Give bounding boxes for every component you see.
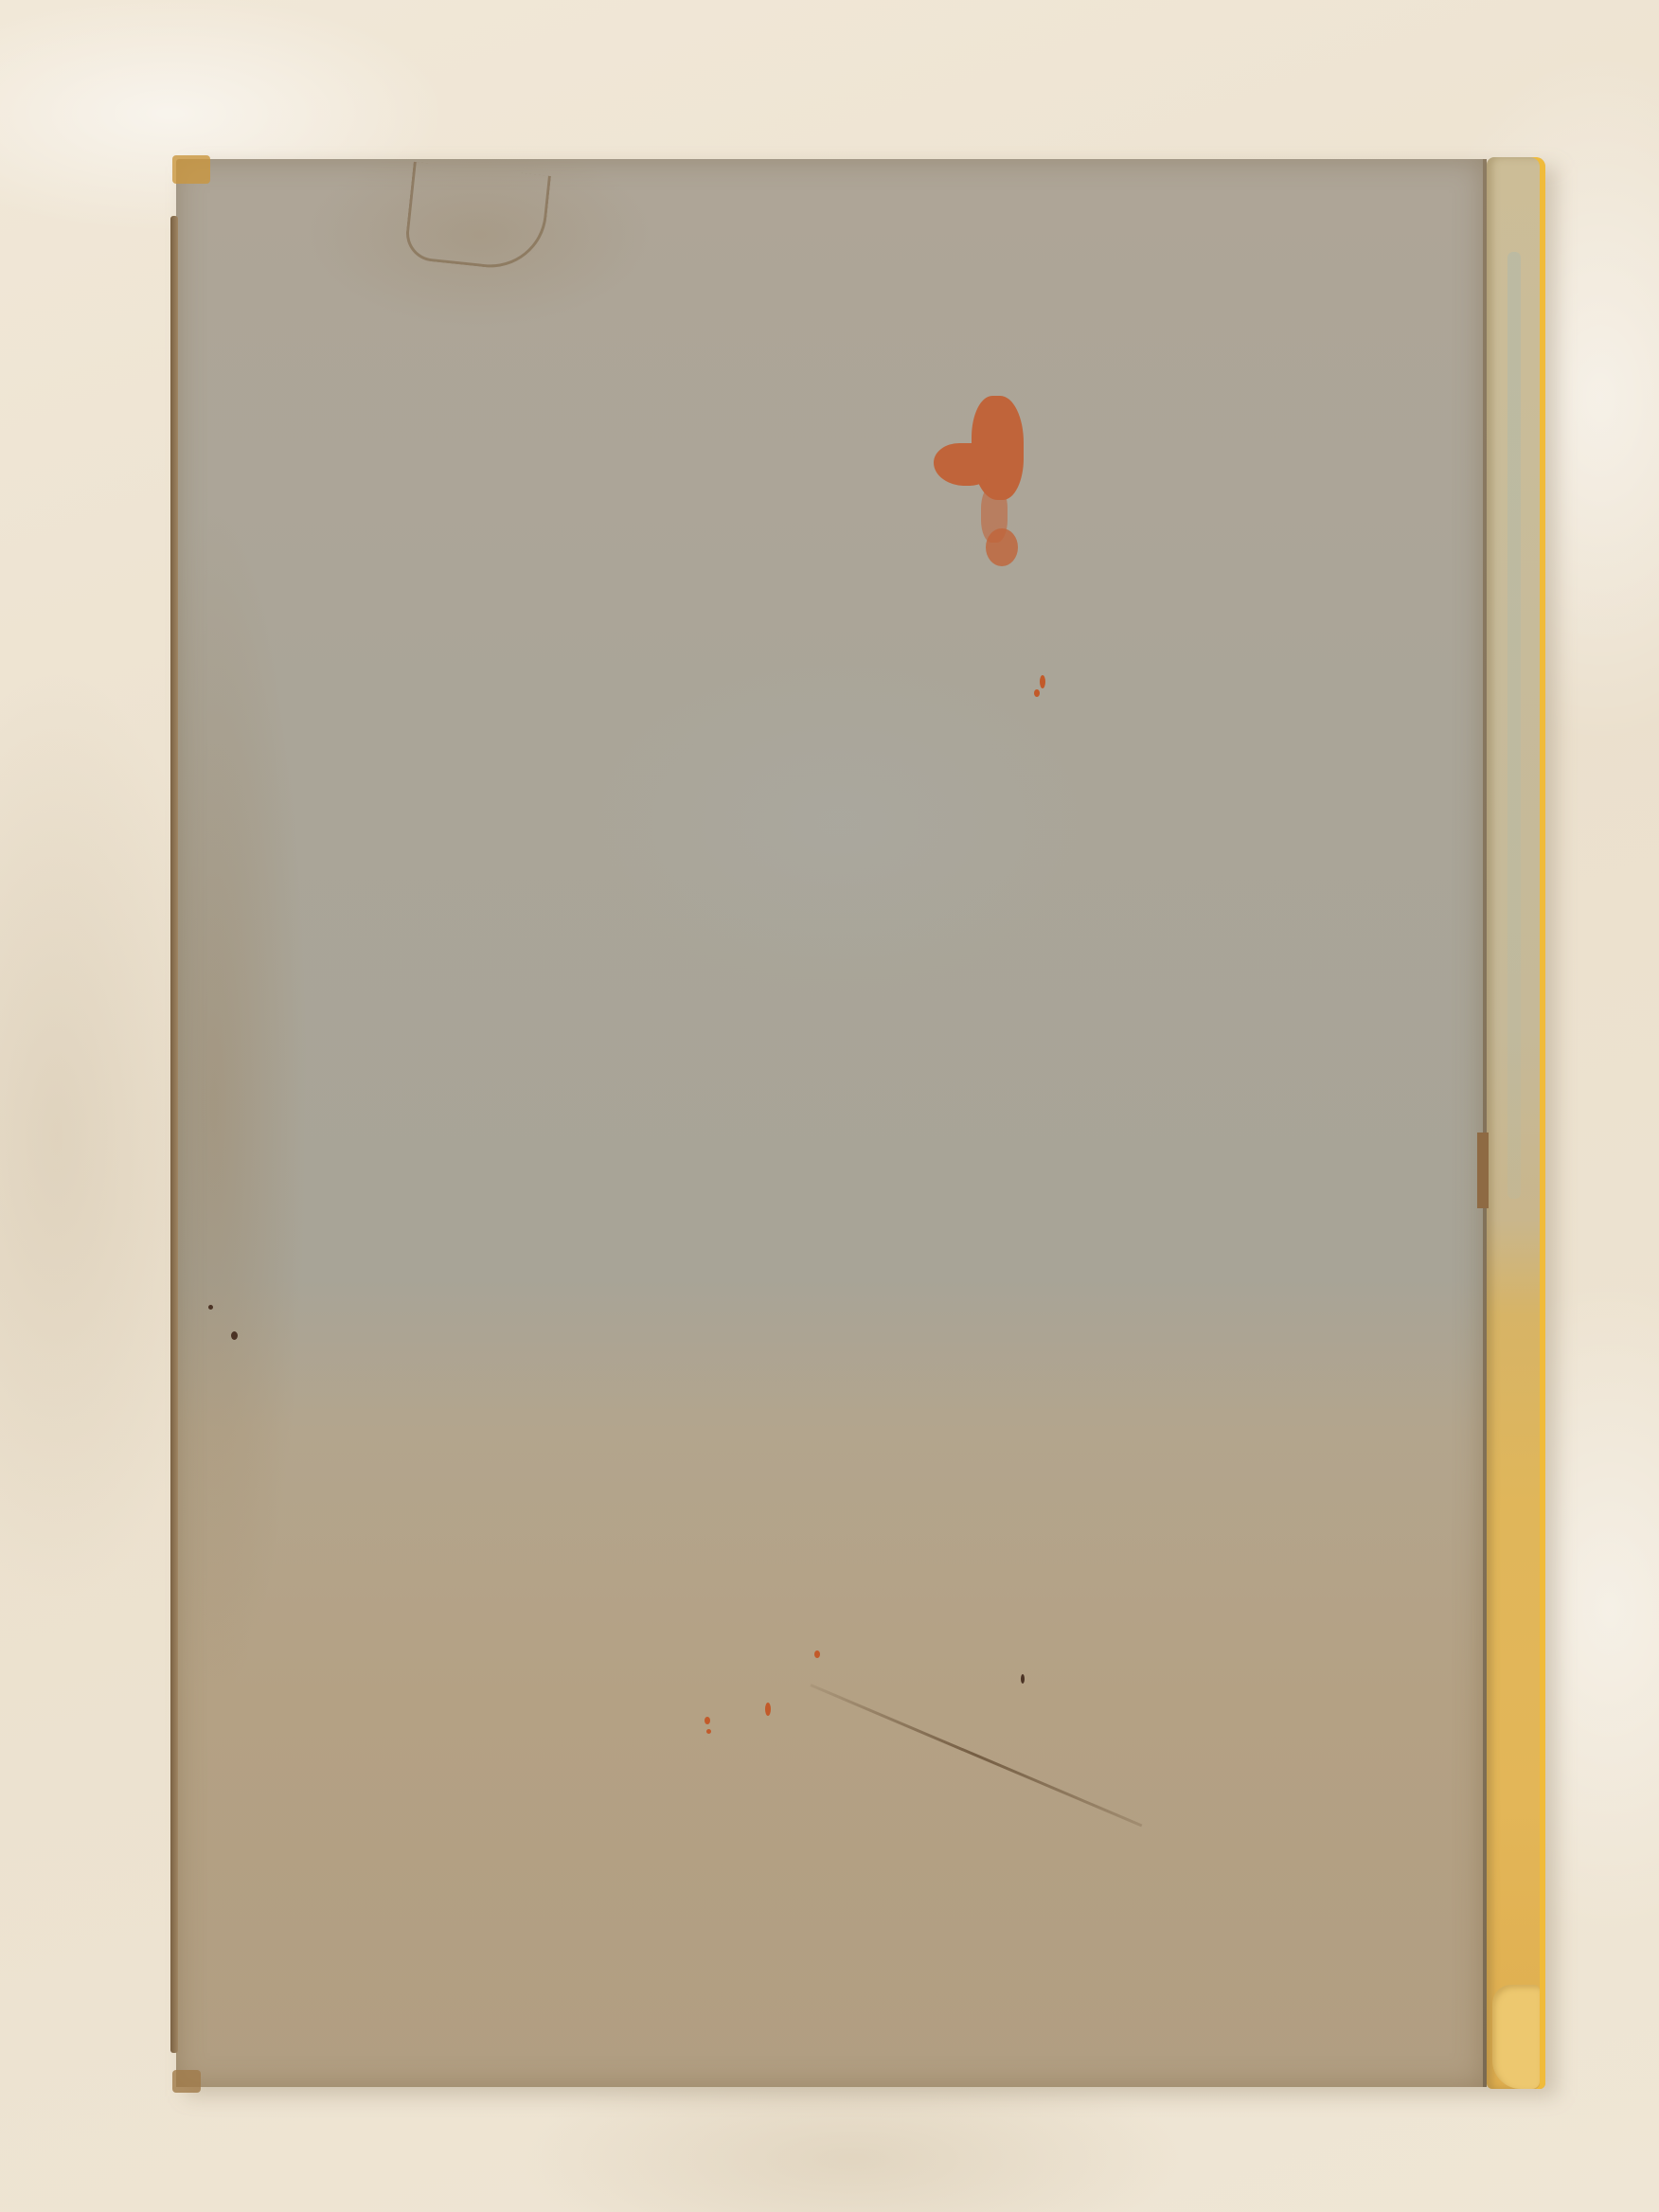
spine-torn-corner xyxy=(1492,1985,1540,2089)
water-stain xyxy=(403,162,551,274)
orange-speck xyxy=(814,1650,820,1658)
orange-speck xyxy=(706,1729,711,1734)
orange-speck xyxy=(1040,675,1045,688)
corner-wear-bottom-left xyxy=(172,2070,201,2093)
spine-dark-patch xyxy=(1477,1133,1489,1208)
back-cover-board xyxy=(176,159,1483,2087)
corner-wear-top-left xyxy=(172,155,210,184)
orange-splotch xyxy=(934,396,1038,585)
board-left-edge xyxy=(170,216,178,2053)
orange-speck xyxy=(1034,689,1040,697)
orange-speck xyxy=(705,1717,710,1724)
dark-speck xyxy=(208,1305,213,1310)
dark-speck xyxy=(231,1331,238,1340)
spine-cloth-strip xyxy=(1507,252,1521,1199)
book xyxy=(176,159,1545,2087)
orange-speck xyxy=(765,1703,771,1716)
taped-spine xyxy=(1487,157,1545,2089)
diagonal-scratch xyxy=(810,1684,1142,1827)
dark-speck xyxy=(1021,1674,1025,1684)
